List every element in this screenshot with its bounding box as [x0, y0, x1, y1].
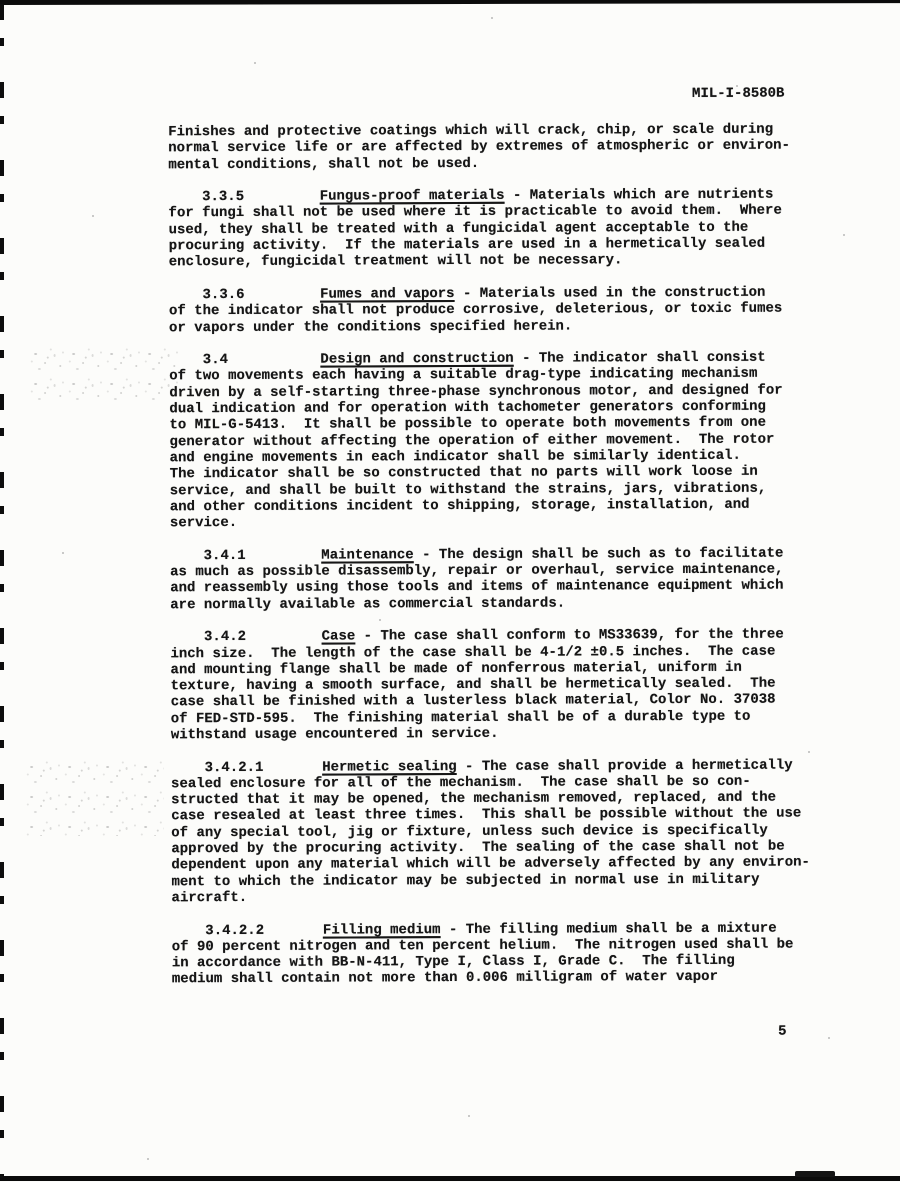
text-segment: - The indicator shall consist — [514, 350, 766, 367]
section-number: 3.3.5 — [168, 189, 319, 206]
text-line: or vapors under the conditions specified… — [169, 317, 849, 336]
text-line: of 90 percent nitrogen and ten percent h… — [172, 936, 852, 955]
paragraph: 3.4.2.2 Filling medium - The filling med… — [172, 920, 852, 988]
margin-smudge — [24, 758, 164, 836]
document-body: Finishes and protective coatings which w… — [168, 121, 852, 988]
text-layer: MIL-I-8580B Finishes and protective coat… — [168, 85, 848, 88]
section-title: Fungus-proof materials — [320, 188, 505, 205]
section-number: 3.4 — [169, 352, 320, 369]
text-segment: - The filling medium shall be a mixture — [440, 920, 776, 937]
text-line: and other conditions incident to shippin… — [170, 496, 850, 515]
text-line: withstand usage encountered in service. — [171, 724, 851, 743]
scan-speck — [828, 1037, 830, 1039]
paragraph: 3.4 Design and construction - The indica… — [169, 349, 850, 531]
text-line: and reassembly using those tools and ite… — [170, 578, 850, 597]
scan-top-edge-line — [0, 0, 900, 5]
text-line: normal service life or are affected by e… — [168, 138, 848, 157]
paragraph: 3.3.6 Fumes and vapors - Materials used … — [169, 284, 849, 336]
text-segment: - The case shall provide a hermetically — [457, 757, 793, 774]
text-line: mental conditions, shall not be used. — [168, 154, 848, 173]
paragraph: Finishes and protective coatings which w… — [168, 121, 848, 173]
page-number: 5 — [778, 1024, 786, 1040]
section-title: Case — [322, 629, 356, 645]
paragraph: 3.4.1 Maintenance - The design shall be … — [170, 545, 850, 613]
margin-smudge — [28, 345, 178, 403]
text-line: aircraft. — [171, 887, 851, 906]
text-line: ment to which the indicator may be subje… — [171, 871, 851, 890]
section-title: Fumes and vapors — [320, 286, 454, 303]
text-line: inch size. The length of the case shall … — [170, 643, 850, 662]
section-number: 3.3.6 — [169, 287, 320, 304]
text-segment: - Materials used in the construction — [455, 285, 766, 302]
scan-speck — [147, 1158, 149, 1160]
text-line: enclosure, fungicidal treatment will not… — [169, 252, 849, 271]
section-number: 3.4.1 — [170, 547, 321, 564]
section-title: Design and construction — [320, 351, 513, 368]
paragraph: 3.3.5 Fungus-proof materials - Materials… — [168, 186, 848, 270]
text-line: generator without affecting the operatio… — [170, 431, 850, 450]
paragraph: 3.4.2.1 Hermetic sealing - The case shal… — [171, 757, 852, 907]
section-title: Filling medium — [323, 922, 441, 939]
text-segment: - Materials which are nutrients — [505, 187, 774, 204]
text-line: of FED-STD-595. The finishing material s… — [171, 708, 851, 727]
text-line: medium shall contain not more than 0.006… — [172, 969, 852, 988]
section-title: Hermetic sealing — [322, 759, 456, 776]
scanned-document-page: MIL-I-8580B Finishes and protective coat… — [0, 0, 900, 1182]
text-segment: - The design shall be such as to facilit… — [414, 545, 784, 563]
section-title: Maintenance — [321, 547, 413, 563]
text-line: are normally available as commercial sta… — [170, 594, 850, 613]
scan-speck — [254, 62, 256, 64]
section-number: 3.4.2 — [170, 629, 321, 646]
document-number: MIL-I-8580B — [692, 86, 784, 103]
text-line: service. — [170, 512, 850, 531]
text-segment: - The case shall conform to MS33639, for… — [355, 627, 784, 645]
scan-bottom-edge-line — [0, 1176, 900, 1181]
scan-bottom-edge-mark — [795, 1171, 835, 1177]
text-line: of the indicator shall not produce corro… — [169, 301, 849, 320]
paragraph: 3.4.2 Case - The case shall conform to M… — [170, 626, 850, 743]
scan-speck — [491, 17, 493, 19]
section-number: 3.4.2.2 — [172, 922, 323, 939]
scan-speck — [62, 552, 64, 554]
scan-left-edge-marks — [0, 4, 4, 1178]
scan-speck — [92, 215, 94, 217]
text-line: procuring activity. If the materials are… — [169, 235, 849, 254]
scan-speck — [468, 1115, 470, 1117]
section-number: 3.4.2.1 — [171, 759, 322, 776]
